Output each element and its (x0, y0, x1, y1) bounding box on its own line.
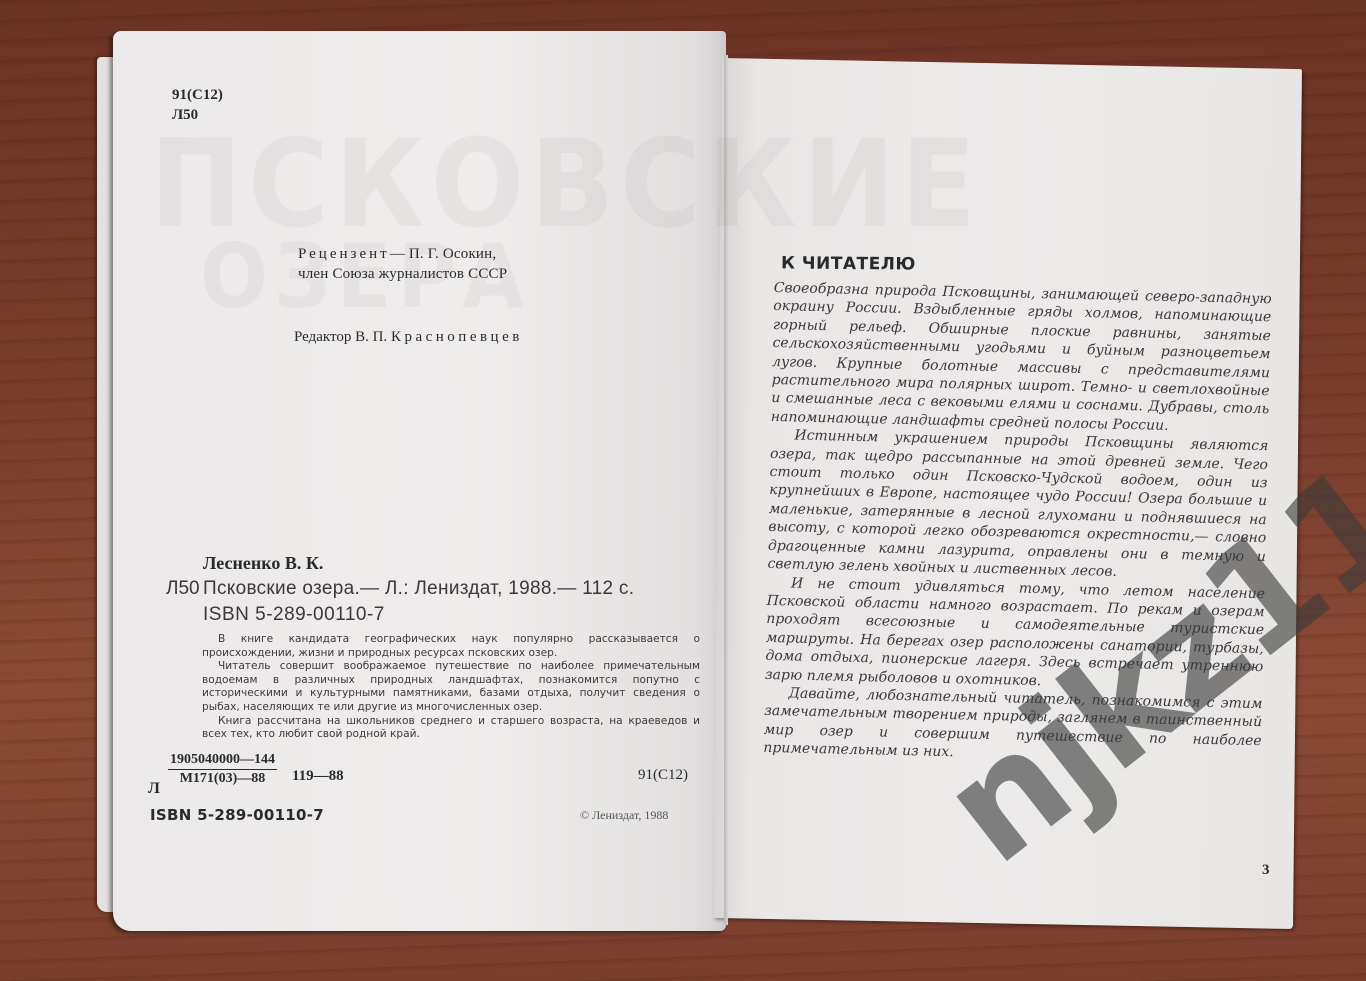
reviewer-title: член Союза журналистов СССР (298, 266, 507, 283)
classification-code: 91(С12) (172, 87, 223, 104)
catalog-bibliographic-line: Псковские озера.— Л.: Лениздат, 1988.— 1… (203, 578, 634, 600)
reviewer-label: Рецензент (298, 246, 390, 262)
foreword-paragraph: Своеобразна природа Псковщины, занимающе… (771, 279, 1272, 438)
foreword-paragraph: Давайте, любознательный читатель, познак… (763, 684, 1263, 769)
author-mark: Л50 (172, 107, 198, 124)
annotation-paragraph: В книге кандидата географических наук по… (202, 633, 700, 660)
imprint-letter: Л (148, 780, 160, 798)
imprint-denominator: М171(03)—88 (168, 770, 277, 787)
foreword-paragraph: Истинным украшением природы Псковщины яв… (767, 426, 1268, 585)
catalog-isbn: ISBN 5-289-00110-7 (203, 604, 385, 626)
catalog-annotation: В книге кандидата географических наук по… (202, 633, 700, 742)
reviewer-name: — П. Г. Осокин, (390, 246, 497, 262)
editor-label: Редактор В. П. (294, 329, 387, 345)
editor-name: Краснопевцев (391, 329, 523, 345)
imprint-order: 119—88 (292, 768, 344, 785)
imprint-classification-code: 91(С12) (638, 767, 688, 784)
page-number: 3 (1262, 862, 1270, 879)
copyright-notice: © Лениздат, 1988 (580, 808, 668, 823)
catalog-author-mark: Л50 (166, 578, 200, 600)
editor-line: Редактор В. П. Краснопевцев (294, 329, 523, 346)
annotation-paragraph: Читатель совершит воображаемое путешеств… (202, 660, 700, 714)
foreword-text: Своеобразна природа Псковщины, занимающе… (763, 279, 1272, 769)
reviewer-line: Рецензент— П. Г. Осокин, (298, 246, 496, 263)
annotation-paragraph: Книга рассчитана на школьников среднего … (202, 715, 700, 742)
imprint-isbn: ISBN 5-289-00110-7 (150, 806, 324, 824)
catalog-author: Лесненко В. К. (203, 553, 323, 574)
foreword-paragraph: И не стоит удивляться тому, что летом на… (765, 573, 1265, 695)
section-heading: К ЧИТАТЕЛЮ (781, 253, 916, 274)
imprint-numerator: 1905040000—144 (168, 752, 277, 770)
imprint-fraction: 1905040000—144 М171(03)—88 (168, 752, 277, 787)
